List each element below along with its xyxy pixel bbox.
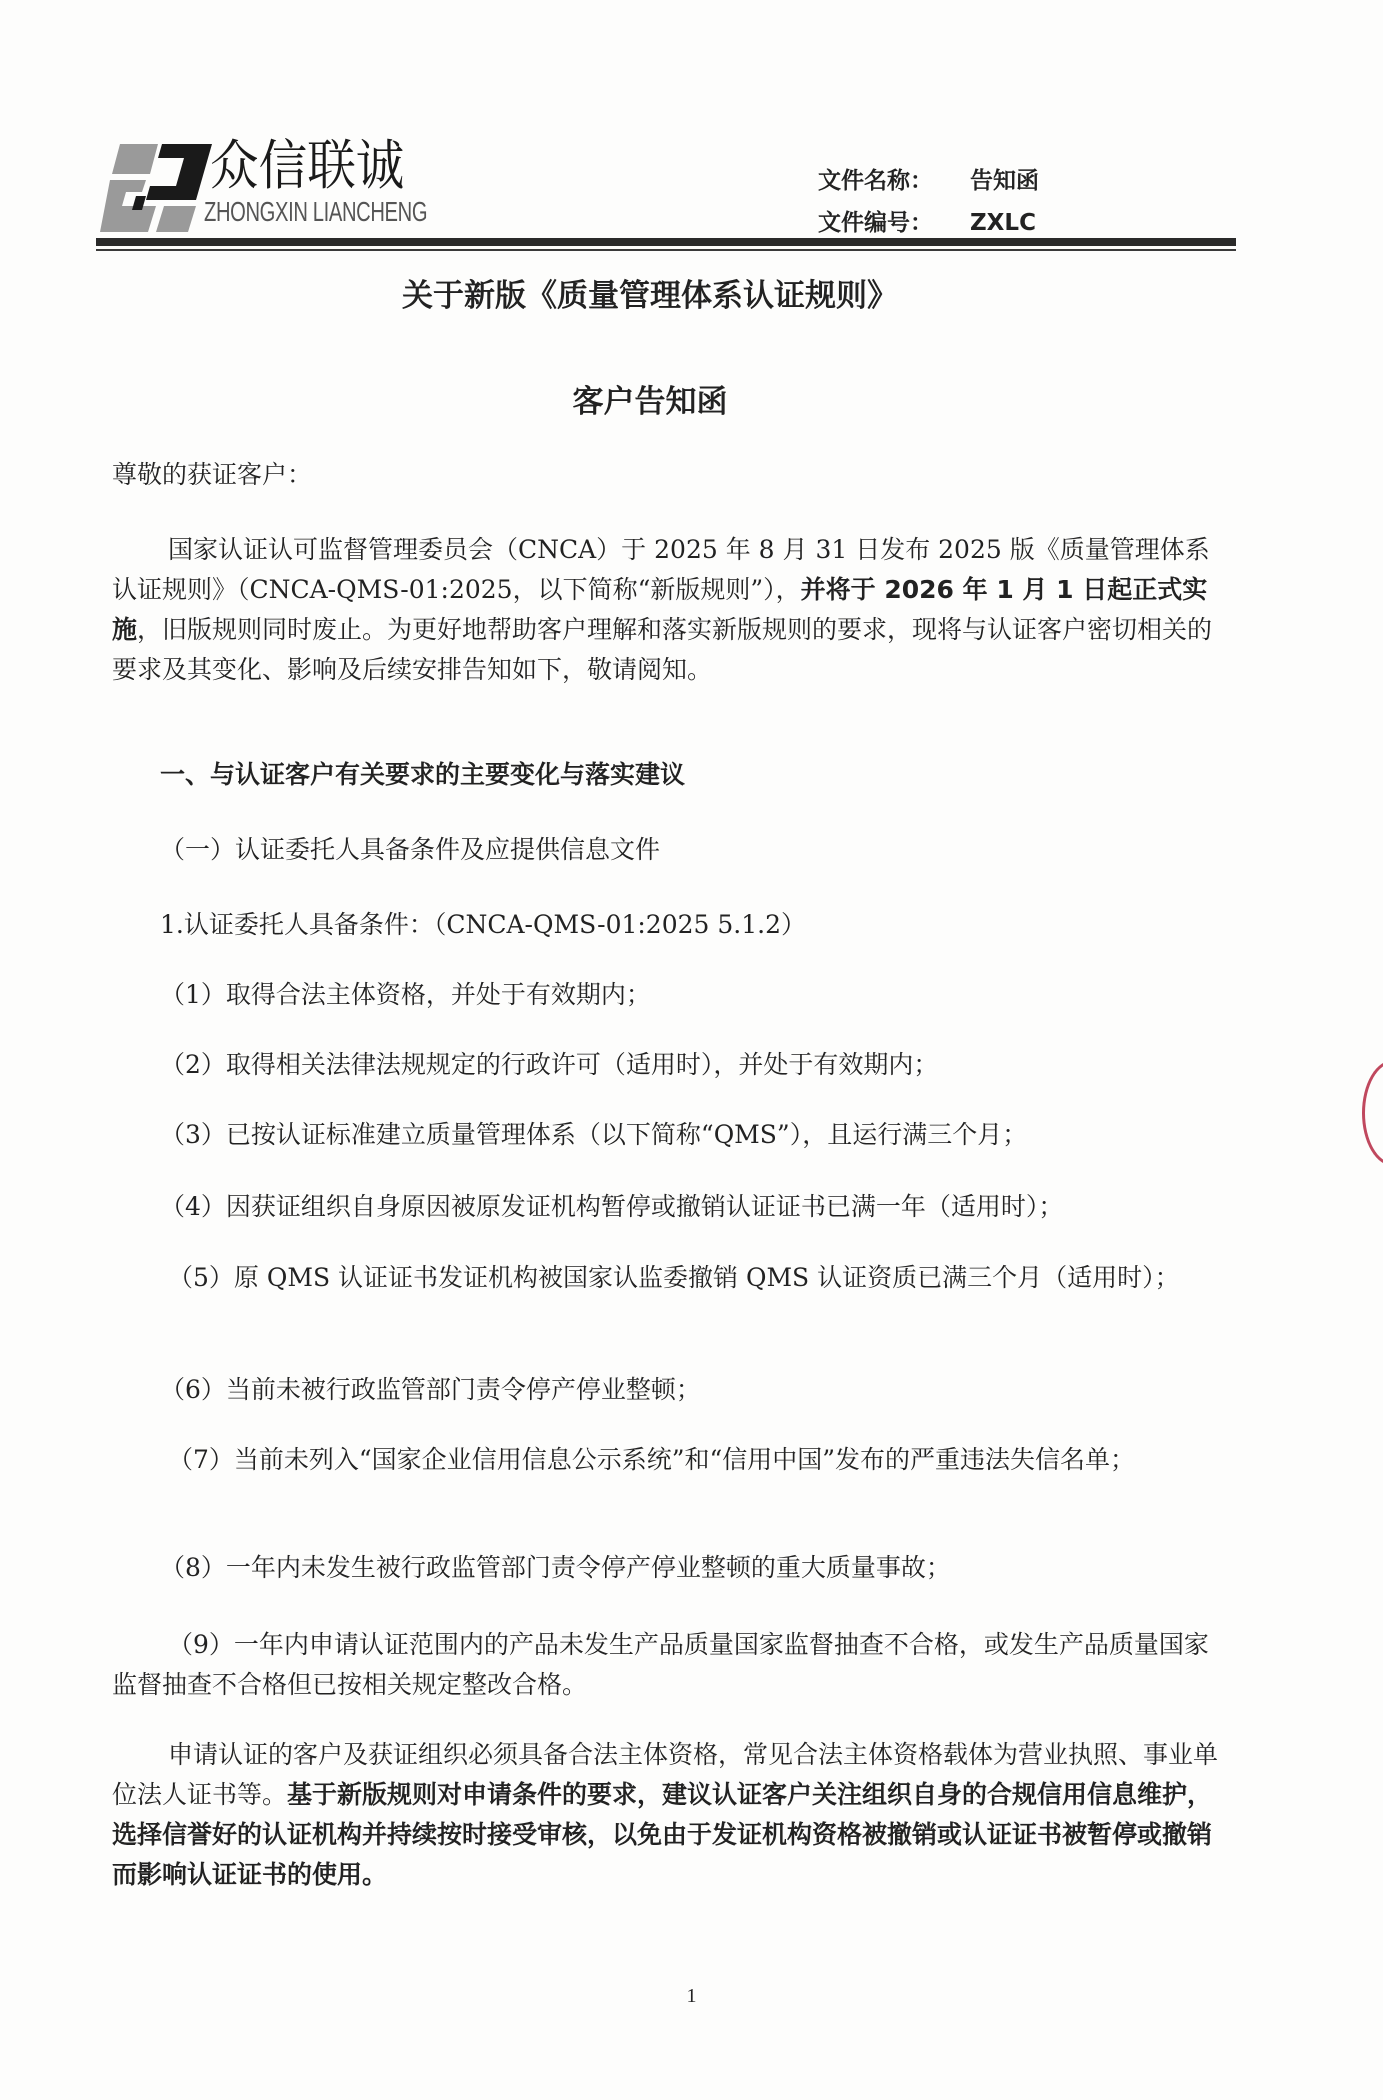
intro-text-3: ，旧版规则同时废止。为更好地帮助客户理解和落实新版规则的要求，现将与认证客户密切… <box>112 615 1212 684</box>
page-number: 1 <box>0 1985 1383 2008</box>
section-heading-1: 一、与认证客户有关要求的主要变化与落实建议 <box>160 755 1280 795</box>
file-number-label: 文件编号： <box>818 204 970 237</box>
file-name-row: 文件名称：告知函 <box>818 162 1039 195</box>
subsection-heading-1: （一）认证委托人具备条件及应提供信息文件 <box>160 830 1280 870</box>
file-name-label: 文件名称： <box>818 162 970 195</box>
salutation: 尊敬的获证客户： <box>112 455 1232 495</box>
condition-item: （4）因获证组织自身原因被原发证机构暂停或撤销认证证书已满一年（适用时）； <box>160 1187 1280 1227</box>
red-seal-stamp <box>1362 1060 1383 1166</box>
condition-item: （9）一年内申请认证范围内的产品未发生产品质量国家监督抽查不合格，或发生产品质量… <box>112 1625 1232 1705</box>
condition-item: （1）取得合法主体资格，并处于有效期内； <box>160 975 1240 1015</box>
zhongxin-logo-icon <box>100 140 212 232</box>
condition-item: （5）原 QMS 认证证书发证机构被国家认监委撤销 QMS 认证资质已满三个月（… <box>112 1258 1232 1298</box>
header-divider-thick <box>96 238 1236 246</box>
logo-name-en: ZHONGXIN LIANCHENG <box>204 196 427 228</box>
file-number-row: 文件编号：ZXLC <box>818 204 1036 237</box>
header-divider-thin <box>96 249 1236 251</box>
intro-paragraph: 国家认证认可监督管理委员会（CNCA）于 2025 年 8 月 31 日发布 2… <box>112 530 1232 690</box>
condition-item: （6）当前未被行政监管部门责令停产停业整顿； <box>160 1370 1240 1410</box>
condition-item: （3）已按认证标准建立质量管理体系（以下简称“QMS”），且运行满三个月； <box>160 1115 1240 1155</box>
document-title: 关于新版《质量管理体系认证规则》 <box>0 270 1300 315</box>
item-heading-1: 1.认证委托人具备条件：（CNCA-QMS-01:2025 5.1.2） <box>160 905 1280 945</box>
company-logo: 众信联诚 ZHONGXIN LIANCHENG <box>100 132 400 232</box>
condition-item: （2）取得相关法律法规规定的行政许可（适用时），并处于有效期内； <box>160 1045 1240 1085</box>
closing-paragraph: 申请认证的客户及获证组织必须具备合法主体资格，常见合法主体资格载体为营业执照、事… <box>112 1735 1232 1895</box>
condition-item: （8）一年内未发生被行政监管部门责令停产停业整顿的重大质量事故； <box>160 1548 1240 1588</box>
file-number-value: ZXLC <box>970 210 1036 236</box>
file-name-value: 告知函 <box>970 168 1039 194</box>
logo-name-cn: 众信联诚 <box>210 134 404 198</box>
document-subtitle: 客户告知函 <box>0 376 1300 421</box>
condition-item: （7）当前未列入“国家企业信用信息公示系统”和“信用中国”发布的严重违法失信名单… <box>112 1440 1232 1480</box>
